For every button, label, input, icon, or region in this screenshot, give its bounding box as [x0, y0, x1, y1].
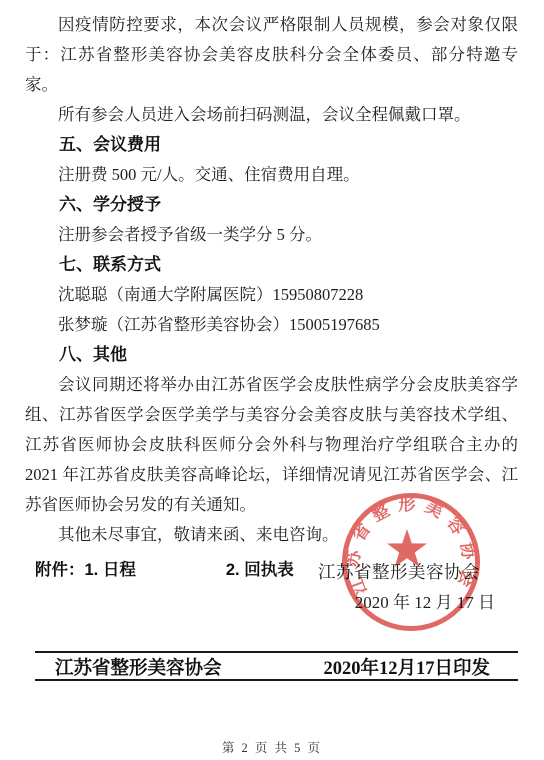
paragraph-credit: 注册参会者授予省级一类学分 5 分。	[25, 220, 518, 250]
footer-print-date: 2020年12月17日印发	[323, 654, 490, 680]
document-page: 因疫情防控要求，本次会议严格限制人员规模，参会对象仅限于：江苏省整形美容协会美容…	[0, 0, 544, 760]
footer-issuer: 江苏省整形美容协会	[55, 654, 222, 680]
official-seal: 江苏省整形美容协会	[331, 482, 491, 642]
heading-section-fee: 五、会议费用	[25, 130, 518, 160]
attachment-item-reply-form: 2. 回执表	[226, 561, 294, 579]
page-number: 第 2 页 共 5 页	[0, 738, 544, 756]
heading-section-other: 八、其他	[25, 340, 518, 370]
heading-section-credit: 六、学分授予	[25, 190, 518, 220]
contact-line-1: 沈聪聪（南通大学附属医院）15950807228	[25, 280, 518, 310]
paragraph-entry-screening: 所有参会人员进入会场前扫码测温，会议全程佩戴口罩。	[25, 100, 518, 130]
paragraph-covid-restriction: 因疫情防控要求，本次会议严格限制人员规模，参会对象仅限于：江苏省整形美容协会美容…	[25, 10, 518, 100]
attachment-item-schedule: 1. 日程	[85, 561, 136, 579]
contact-line-2: 张梦璇（江苏省整形美容协会）15005197685	[25, 310, 518, 340]
footer-issuer-row: 江苏省整形美容协会 2020年12月17日印发	[35, 654, 518, 680]
star-icon	[387, 529, 427, 567]
heading-section-contact: 七、联系方式	[25, 250, 518, 280]
attachment-label: 附件：	[35, 561, 85, 579]
paragraph-fee: 注册费 500 元/人。交通、住宿费用自理。	[25, 160, 518, 190]
footer-rule-top	[35, 651, 518, 653]
footer-rule-bottom	[35, 679, 518, 681]
